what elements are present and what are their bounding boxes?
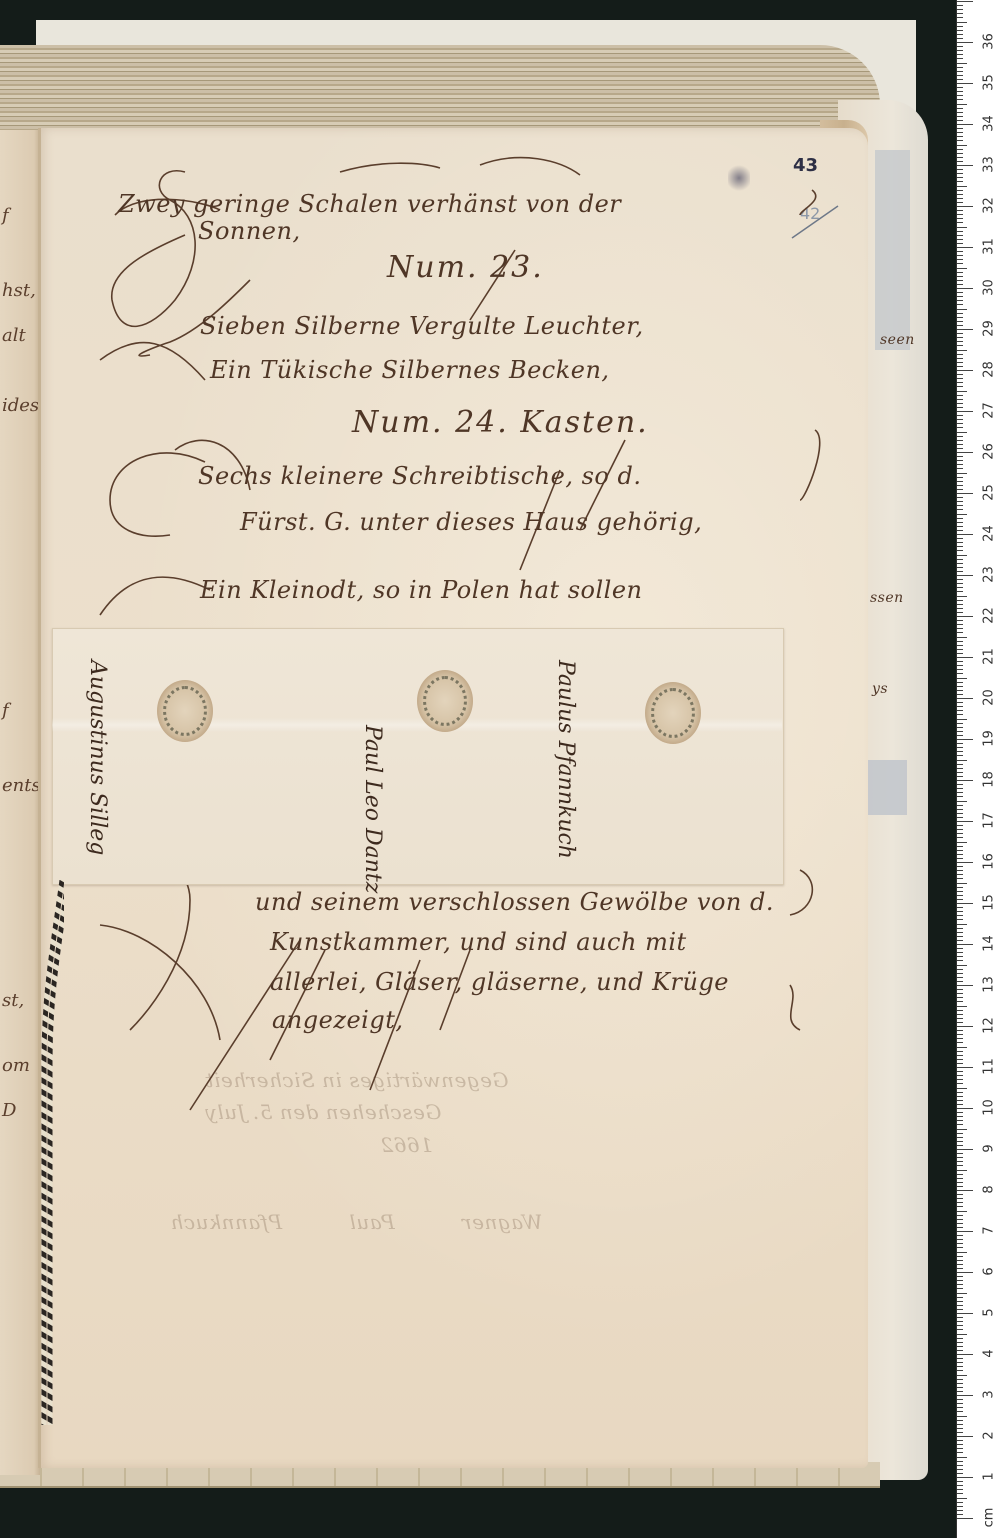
ruler-tick bbox=[957, 1358, 963, 1359]
ruler-tick bbox=[957, 112, 963, 113]
ruler-cm-label: 16 bbox=[982, 850, 997, 874]
ruler-tick bbox=[957, 288, 973, 289]
ruler-tick bbox=[957, 579, 963, 580]
ruler-tick bbox=[957, 116, 963, 117]
ruler-tick bbox=[957, 747, 963, 748]
ruler-tick bbox=[957, 1010, 963, 1011]
ruler-tick bbox=[957, 1276, 963, 1277]
ruler-tick bbox=[957, 239, 963, 240]
ruler-tick bbox=[957, 210, 963, 211]
ruler-tick bbox=[957, 1161, 963, 1162]
ruler-tick bbox=[957, 235, 963, 236]
ruler-tick bbox=[957, 1272, 973, 1273]
ruler-tick bbox=[957, 563, 963, 564]
ruler-cm-label: 1 bbox=[982, 1465, 997, 1489]
ruler-tick bbox=[957, 624, 963, 625]
ruler-tick bbox=[957, 985, 973, 986]
ruler-tick bbox=[957, 903, 973, 904]
ruler-tick bbox=[957, 333, 963, 334]
ruler-tick bbox=[957, 559, 963, 560]
ruler-tick bbox=[957, 165, 973, 166]
ruler-tick bbox=[957, 932, 963, 933]
ruler-tick bbox=[957, 583, 963, 584]
ruler-tick bbox=[957, 1350, 963, 1351]
ruler-tick bbox=[957, 940, 963, 941]
ruler-tick bbox=[957, 1202, 963, 1203]
ruler-tick bbox=[957, 965, 967, 966]
ruler-tick bbox=[957, 247, 973, 248]
ruler-tick bbox=[957, 870, 963, 871]
ruler-tick bbox=[957, 899, 963, 900]
ruler-tick bbox=[957, 1362, 963, 1363]
ruler-tick bbox=[957, 300, 963, 301]
ruler-tick bbox=[957, 79, 963, 80]
ruler-tick bbox=[957, 1375, 967, 1376]
ruler-tick bbox=[957, 1325, 963, 1326]
ruler-tick bbox=[957, 981, 963, 982]
ruler-tick bbox=[957, 259, 963, 260]
ruler-tick bbox=[957, 1370, 963, 1371]
ruler-tick bbox=[957, 263, 963, 264]
ruler-tick bbox=[957, 571, 963, 572]
ruler-tick bbox=[957, 276, 963, 277]
ruler-tick bbox=[957, 423, 963, 424]
ruler-tick bbox=[957, 505, 963, 506]
ruler-tick bbox=[957, 149, 963, 150]
ruler-tick bbox=[957, 227, 967, 228]
ruler-tick bbox=[957, 34, 963, 35]
ruler-tick bbox=[957, 596, 967, 597]
ruler-tick bbox=[957, 1469, 963, 1470]
ruler-tick bbox=[957, 58, 963, 59]
ruler-tick bbox=[957, 1104, 963, 1105]
ruler-tick bbox=[957, 743, 963, 744]
ruler-cm-label: 12 bbox=[982, 1014, 997, 1038]
ruler-tick bbox=[957, 915, 963, 916]
ruler-tick bbox=[957, 1481, 963, 1482]
ruler-tick bbox=[957, 1510, 963, 1511]
ruler-cm-label: 4 bbox=[982, 1342, 997, 1366]
ruler-tick bbox=[957, 1444, 963, 1445]
ruler-tick bbox=[957, 432, 967, 433]
ruler-tick bbox=[957, 518, 963, 519]
ruler-tick bbox=[957, 50, 963, 51]
ruler-tick bbox=[957, 1432, 963, 1433]
ruler-tick bbox=[957, 1346, 963, 1347]
ruler-tick bbox=[957, 468, 963, 469]
ruler-tick bbox=[957, 686, 963, 687]
ruler-tick bbox=[957, 411, 973, 412]
ruler-cm-label: 23 bbox=[982, 563, 997, 587]
ruler-tick bbox=[957, 1309, 963, 1310]
ruler-tick bbox=[957, 378, 963, 379]
ruler-tick bbox=[957, 1047, 967, 1048]
ruler-tick bbox=[957, 1354, 973, 1355]
ruler-cm-label: 30 bbox=[982, 276, 997, 300]
ruler-tick bbox=[957, 477, 963, 478]
ruler-tick bbox=[957, 17, 963, 18]
ruler-tick bbox=[957, 128, 963, 129]
ruler-tick bbox=[957, 1001, 963, 1002]
ruler-cm-label: 13 bbox=[982, 973, 997, 997]
ruler-tick bbox=[957, 829, 963, 830]
ruler-tick bbox=[957, 1211, 967, 1212]
ruler-tick bbox=[957, 440, 963, 441]
ruler-tick bbox=[957, 120, 963, 121]
ruler-tick bbox=[957, 255, 963, 256]
ruler-tick bbox=[957, 1145, 963, 1146]
ruler-tick bbox=[957, 1120, 963, 1121]
ruler-tick bbox=[957, 612, 963, 613]
ruler-tick bbox=[957, 690, 963, 691]
ruler-tick bbox=[957, 1473, 963, 1474]
seal-slip-contents: Augustinus Silleg Paul Leo Dantz Paulus … bbox=[0, 0, 1000, 1538]
ruler-tick bbox=[957, 386, 963, 387]
ruler-tick bbox=[957, 313, 963, 314]
ruler-tick bbox=[957, 936, 963, 937]
ruler-tick bbox=[957, 526, 963, 527]
wax-seal-icon bbox=[157, 680, 213, 742]
ruler-tick bbox=[957, 1075, 963, 1076]
ruler-tick bbox=[957, 653, 963, 654]
ruler-tick bbox=[957, 760, 967, 761]
ruler-tick bbox=[957, 776, 963, 777]
ruler-tick bbox=[957, 1231, 973, 1232]
ruler-tick bbox=[957, 30, 963, 31]
ruler-tick bbox=[957, 649, 963, 650]
ruler-tick bbox=[957, 514, 967, 515]
ruler-tick bbox=[957, 1436, 973, 1437]
ruler-tick bbox=[957, 1108, 973, 1109]
ruler-tick bbox=[957, 1116, 963, 1117]
ruler-tick bbox=[957, 1112, 963, 1113]
ruler-tick bbox=[957, 924, 967, 925]
ruler-tick bbox=[957, 1042, 963, 1043]
ruler-tick bbox=[957, 788, 963, 789]
ruler-tick bbox=[957, 1141, 963, 1142]
ruler-tick bbox=[957, 46, 963, 47]
ruler-tick bbox=[957, 1317, 963, 1318]
ruler-tick bbox=[957, 993, 963, 994]
ruler-tick bbox=[957, 591, 963, 592]
ruler-cm-label: 8 bbox=[982, 1178, 997, 1202]
ruler-tick bbox=[957, 637, 967, 638]
ruler-tick bbox=[957, 403, 963, 404]
signature: Paul Leo Dantz bbox=[360, 725, 385, 893]
ruler-cm-label: 34 bbox=[982, 112, 997, 136]
ruler-tick bbox=[957, 706, 963, 707]
ruler-tick bbox=[957, 1264, 963, 1265]
ruler-tick bbox=[957, 1465, 963, 1466]
ruler-cm-label: 14 bbox=[982, 932, 997, 956]
ruler-tick bbox=[957, 370, 973, 371]
ruler-cm-label: 5 bbox=[982, 1301, 997, 1325]
ruler-tick bbox=[957, 973, 963, 974]
ruler-tick bbox=[957, 1498, 967, 1499]
ruler-tick bbox=[957, 272, 963, 273]
ruler-tick bbox=[957, 231, 963, 232]
ruler-tick bbox=[957, 436, 963, 437]
ruler-tick bbox=[957, 600, 963, 601]
ruler-tick bbox=[957, 977, 963, 978]
ruler-tick bbox=[957, 366, 963, 367]
ruler-tick bbox=[957, 887, 963, 888]
ruler-cm-label: 17 bbox=[982, 809, 997, 833]
ruler-tick bbox=[957, 198, 963, 199]
ruler-tick bbox=[957, 1485, 963, 1486]
ruler-tick bbox=[957, 1026, 973, 1027]
ruler-tick bbox=[957, 1014, 963, 1015]
ruler-tick bbox=[957, 1305, 963, 1306]
ruler-tick bbox=[957, 764, 963, 765]
ruler-tick bbox=[957, 1149, 973, 1150]
ruler-tick bbox=[957, 809, 963, 810]
ruler-tick bbox=[957, 87, 963, 88]
ruler-tick bbox=[957, 858, 963, 859]
ruler-cm-label: 26 bbox=[982, 440, 997, 464]
ruler-tick bbox=[957, 1190, 973, 1191]
ruler-tick bbox=[957, 907, 963, 908]
ruler-tick bbox=[957, 1055, 963, 1056]
ruler-tick bbox=[957, 710, 963, 711]
ruler-tick bbox=[957, 350, 967, 351]
ruler-cm-label: 15 bbox=[982, 891, 997, 915]
ruler-tick bbox=[957, 1338, 963, 1339]
ruler-tick bbox=[957, 719, 967, 720]
ruler-tick bbox=[957, 1186, 963, 1187]
binding-cord bbox=[40, 880, 64, 1425]
ruler-tick bbox=[957, 497, 963, 498]
ruler-tick bbox=[957, 444, 963, 445]
ruler-tick bbox=[957, 309, 967, 310]
ruler-tick bbox=[957, 1178, 963, 1179]
ruler-tick bbox=[957, 169, 963, 170]
ruler-tick bbox=[957, 481, 963, 482]
ruler-tick bbox=[957, 173, 963, 174]
ruler-tick bbox=[957, 1088, 967, 1089]
ruler-tick bbox=[957, 678, 967, 679]
ruler-tick bbox=[957, 669, 963, 670]
ruler-cm-label: 24 bbox=[982, 522, 997, 546]
ruler-tick bbox=[957, 157, 963, 158]
ruler-tick bbox=[957, 628, 963, 629]
ruler-tick bbox=[957, 1252, 967, 1253]
ruler-tick bbox=[957, 1215, 963, 1216]
ruler-tick bbox=[957, 948, 963, 949]
ruler-tick bbox=[957, 796, 963, 797]
ruler-tick bbox=[957, 124, 973, 125]
ruler-tick bbox=[957, 817, 963, 818]
ruler-tick bbox=[957, 878, 963, 879]
ruler-tick bbox=[957, 1284, 963, 1285]
ruler-tick bbox=[957, 682, 963, 683]
ruler-tick bbox=[957, 177, 963, 178]
ruler-tick bbox=[957, 960, 963, 961]
ruler-tick bbox=[957, 296, 963, 297]
ruler-tick bbox=[957, 944, 973, 945]
ruler-tick bbox=[957, 874, 963, 875]
ruler-cm-label: 22 bbox=[982, 604, 997, 628]
ruler-tick bbox=[957, 1124, 963, 1125]
ruler-tick bbox=[957, 489, 963, 490]
ruler-tick bbox=[957, 218, 963, 219]
ruler-tick bbox=[957, 1256, 963, 1257]
ruler-tick bbox=[957, 587, 963, 588]
ruler-tick bbox=[957, 464, 963, 465]
ruler-tick bbox=[957, 1391, 963, 1392]
ruler-tick bbox=[957, 1452, 963, 1453]
ruler-cm-label: 10 bbox=[982, 1096, 997, 1120]
ruler-tick bbox=[957, 866, 963, 867]
ruler-tick bbox=[957, 837, 963, 838]
ruler-tick bbox=[957, 1198, 963, 1199]
ruler-tick bbox=[957, 329, 973, 330]
ruler-tick bbox=[957, 1, 973, 2]
ruler-tick bbox=[957, 1321, 963, 1322]
ruler-tick bbox=[957, 891, 963, 892]
ruler-tick bbox=[957, 620, 963, 621]
ruler-tick bbox=[957, 1424, 963, 1425]
ruler-tick bbox=[957, 1477, 973, 1478]
ruler-tick bbox=[957, 374, 963, 375]
ruler-tick bbox=[957, 1379, 963, 1380]
ruler-tick bbox=[957, 883, 967, 884]
ruler-tick bbox=[957, 522, 963, 523]
ruler-cm-label: 31 bbox=[982, 235, 997, 259]
ruler-tick bbox=[957, 304, 963, 305]
ruler-tick bbox=[957, 911, 963, 912]
ruler-tick bbox=[957, 751, 963, 752]
ruler-cm-label: 2 bbox=[982, 1424, 997, 1448]
ruler-tick bbox=[957, 608, 963, 609]
ruler-tick bbox=[957, 1067, 973, 1068]
ruler-tick bbox=[957, 850, 963, 851]
ruler-tick bbox=[957, 862, 973, 863]
ruler-tick bbox=[957, 1366, 963, 1367]
ruler-tick bbox=[957, 714, 963, 715]
ruler-tick bbox=[957, 1071, 963, 1072]
ruler-cm-label: 25 bbox=[982, 481, 997, 505]
ruler-tick bbox=[957, 1420, 963, 1421]
ruler-tick bbox=[957, 1083, 963, 1084]
ruler-tick bbox=[957, 1096, 963, 1097]
ruler-tick bbox=[957, 632, 963, 633]
ruler-tick bbox=[957, 341, 963, 342]
ruler-tick bbox=[957, 645, 963, 646]
ruler-cm-label: 7 bbox=[982, 1219, 997, 1243]
ruler-tick bbox=[957, 284, 963, 285]
ruler-tick bbox=[957, 222, 963, 223]
ruler-cm-label: 6 bbox=[982, 1260, 997, 1284]
ruler-tick bbox=[957, 202, 963, 203]
ruler-tick bbox=[957, 456, 963, 457]
ruler-tick bbox=[957, 280, 963, 281]
ruler-tick bbox=[957, 567, 963, 568]
ruler-tick bbox=[957, 1506, 963, 1507]
ruler-tick bbox=[957, 9, 963, 10]
ruler-tick bbox=[957, 1157, 963, 1158]
ruler-tick bbox=[957, 1063, 963, 1064]
ruler-tick bbox=[957, 186, 967, 187]
ruler-tick bbox=[957, 317, 963, 318]
ruler-tick bbox=[957, 1137, 963, 1138]
ruler-tick bbox=[957, 473, 967, 474]
ruler-tick bbox=[957, 95, 963, 96]
ruler-tick bbox=[957, 1059, 963, 1060]
ruler-tick bbox=[957, 391, 967, 392]
ruler-tick bbox=[957, 1051, 963, 1052]
ruler-tick bbox=[957, 813, 963, 814]
ruler-tick bbox=[957, 22, 967, 23]
ruler-tick bbox=[957, 1038, 963, 1039]
ruler-tick bbox=[957, 292, 963, 293]
ruler-tick bbox=[957, 67, 963, 68]
ruler-tick bbox=[957, 83, 973, 84]
ruler-tick bbox=[957, 104, 967, 105]
ruler-tick bbox=[957, 38, 963, 39]
ruler-tick bbox=[957, 641, 963, 642]
ruler-tick bbox=[957, 108, 963, 109]
ruler-cm-label: 20 bbox=[982, 686, 997, 710]
ruler-tick bbox=[957, 1030, 963, 1031]
ruler-tick bbox=[957, 1428, 963, 1429]
ruler-tick bbox=[957, 575, 973, 576]
ruler-tick bbox=[957, 395, 963, 396]
ruler-cm-label: 36 bbox=[982, 30, 997, 54]
ruler-tick bbox=[957, 243, 963, 244]
ruler-tick bbox=[957, 485, 963, 486]
ruler-tick bbox=[957, 42, 973, 43]
ruler-tick bbox=[957, 694, 963, 695]
ruler-tick bbox=[957, 780, 973, 781]
ruler-tick bbox=[957, 739, 973, 740]
ruler-tick bbox=[957, 604, 963, 605]
ruler-tick bbox=[957, 251, 963, 252]
ruler-tick bbox=[957, 1243, 963, 1244]
ruler-tick bbox=[957, 345, 963, 346]
ruler-tick bbox=[957, 1461, 963, 1462]
ruler-tick bbox=[957, 969, 963, 970]
ruler-tick bbox=[957, 1489, 963, 1490]
ruler-tick bbox=[957, 1399, 963, 1400]
ruler-tick bbox=[957, 1018, 963, 1019]
ruler-tick bbox=[957, 1079, 963, 1080]
signature: Paulus Pfannkuch bbox=[553, 660, 578, 859]
ruler-tick bbox=[957, 1006, 967, 1007]
ruler-tick bbox=[957, 919, 963, 920]
ruler-tick bbox=[957, 75, 963, 76]
ruler-tick bbox=[957, 1247, 963, 1248]
ruler-tick bbox=[957, 805, 963, 806]
ruler-tick bbox=[957, 1297, 963, 1298]
ruler-cm-label: 29 bbox=[982, 317, 997, 341]
ruler-tick bbox=[957, 833, 963, 834]
ruler-tick bbox=[957, 1383, 963, 1384]
ruler-tick bbox=[957, 727, 963, 728]
ruler-tick bbox=[957, 1153, 963, 1154]
ruler-cm-label: 28 bbox=[982, 358, 997, 382]
ruler-cm-label: 9 bbox=[982, 1137, 997, 1161]
ruler-cm-label: 21 bbox=[982, 645, 997, 669]
ruler-tick bbox=[957, 1407, 963, 1408]
ruler-tick bbox=[957, 821, 973, 822]
ruler-tick bbox=[957, 1387, 963, 1388]
ruler-tick bbox=[957, 1133, 963, 1134]
ruler-tick bbox=[957, 1416, 967, 1417]
ruler-tick bbox=[957, 1129, 967, 1130]
ruler-tick bbox=[957, 136, 963, 137]
ruler-tick bbox=[957, 1223, 963, 1224]
